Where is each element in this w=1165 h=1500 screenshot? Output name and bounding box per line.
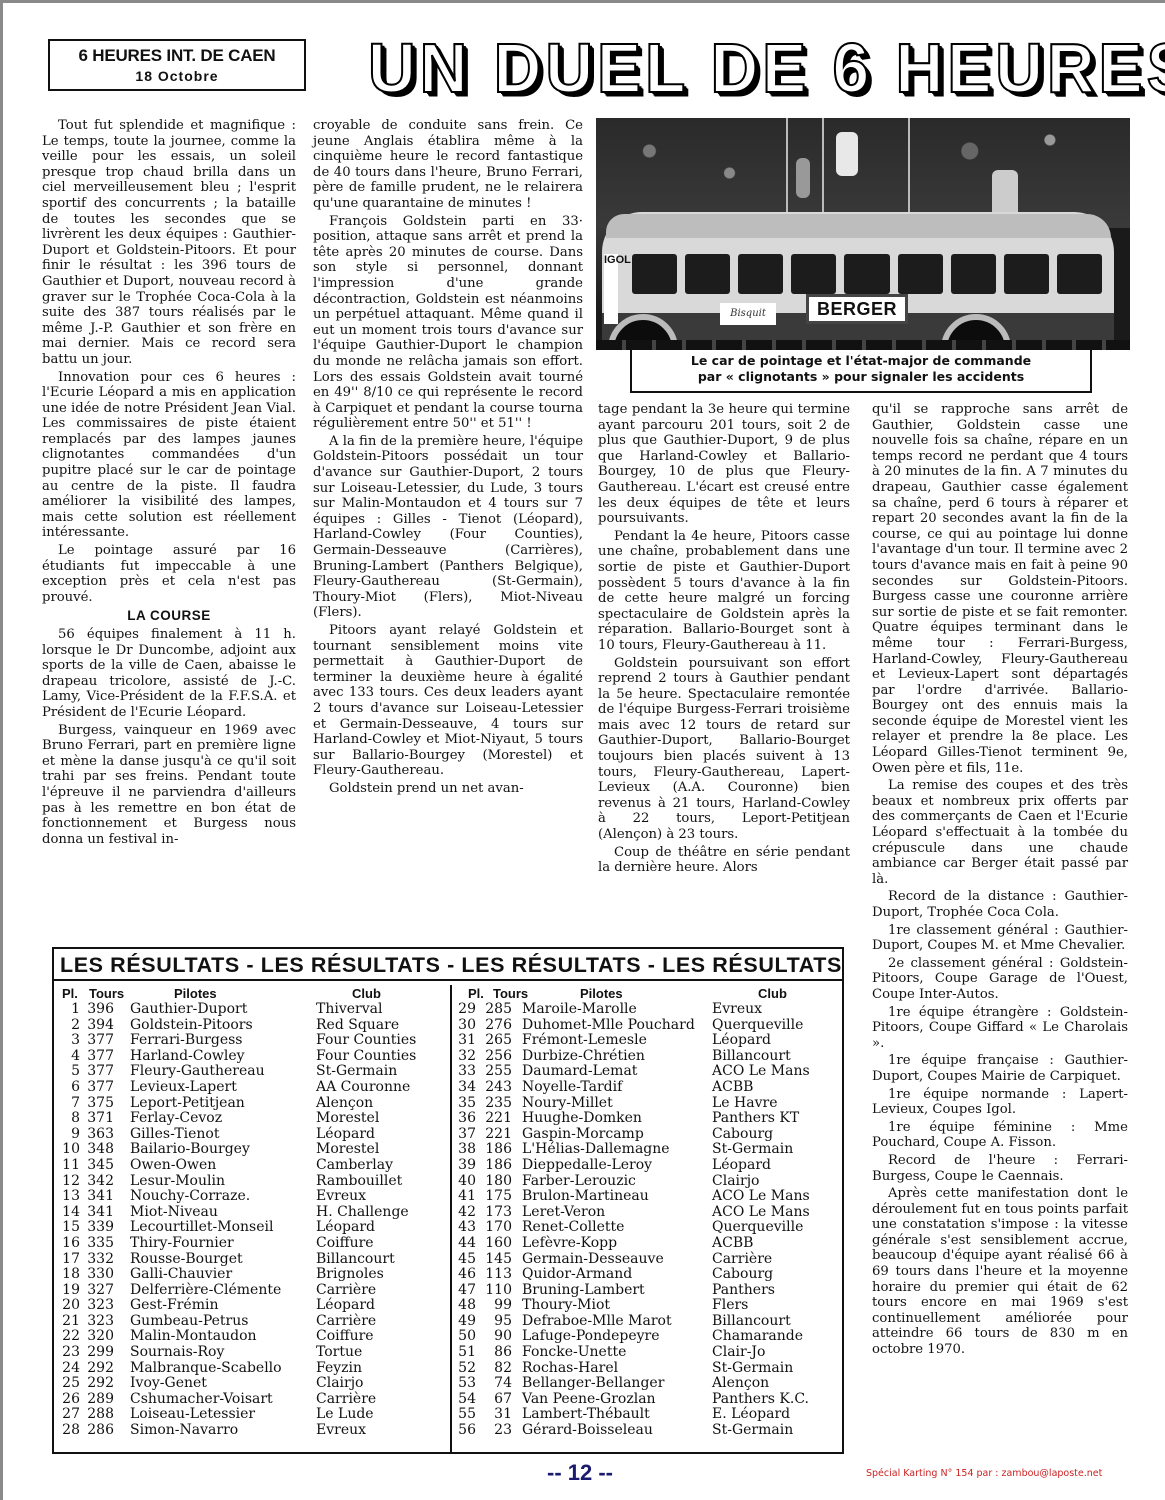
paragraph: Goldstein poursuivant son effort reprend… (598, 656, 850, 843)
pilotes-cell: Foncke-Unette (522, 1345, 626, 1361)
place-cell: 36 (454, 1111, 476, 1127)
pilotes-cell: Van Peene-Grozlan (522, 1392, 656, 1408)
tours-cell: 82 (482, 1361, 512, 1377)
table-row: 17332Rousse-BourgetBillancourt (54, 1252, 448, 1268)
tours-cell: 31 (482, 1407, 512, 1423)
place-cell: 25 (58, 1376, 80, 1392)
header-club: Club (758, 985, 787, 1002)
pilotes-cell: Maroile-Marolle (522, 1002, 637, 1018)
tours-cell: 180 (482, 1174, 512, 1190)
place-cell: 24 (58, 1361, 80, 1377)
tours-cell: 221 (482, 1127, 512, 1143)
club-cell: Red Square (316, 1018, 399, 1034)
pilotes-cell: Bellanger-Bellanger (522, 1376, 664, 1392)
club-cell: H. Challenge (316, 1205, 409, 1221)
place-cell: 5 (58, 1064, 80, 1080)
tours-cell: 255 (482, 1064, 512, 1080)
tours-cell: 95 (482, 1314, 512, 1330)
table-row: 32256Durbize-ChrétienBillancourt (452, 1049, 844, 1065)
club-cell: ACBB (712, 1236, 753, 1252)
paragraph: Après cette manifestation dont le déroul… (872, 1186, 1128, 1358)
pilotes-cell: Huughe-Domken (522, 1111, 642, 1127)
header-pilotes: Pilotes (580, 985, 623, 1002)
place-cell: 56 (454, 1423, 476, 1439)
header-tours: Tours (493, 985, 528, 1002)
tours-cell: 288 (84, 1407, 114, 1423)
results-title: LES RÉSULTATS - LES RÉSULTATS - LES RÉSU… (54, 949, 842, 981)
club-cell: Querqueville (712, 1018, 803, 1034)
place-cell: 47 (454, 1283, 476, 1299)
club-cell: Clairjo (712, 1174, 759, 1190)
pilotes-cell: Fleury-Gauthereau (130, 1064, 265, 1080)
table-row: 40180Farber-LerouzicClairjo (452, 1174, 844, 1190)
article-column-2: croyable de conduite sans frein. Ce jeun… (313, 118, 583, 799)
club-cell: Léopard (316, 1127, 375, 1143)
award: 1re classement général : Gauthier-Duport… (872, 923, 1128, 954)
club-cell: Four Counties (316, 1033, 416, 1049)
tours-cell: 285 (482, 1002, 512, 1018)
pilotes-cell: Cshumacher-Voisart (130, 1392, 273, 1408)
tours-cell: 299 (84, 1345, 114, 1361)
table-row: 24292Malbranque-ScabelloFeyzin (54, 1361, 448, 1377)
club-cell: Thiverval (316, 1002, 382, 1018)
results-rows: 1396Gauthier-DuportThiverval2394Goldstei… (54, 1002, 448, 1439)
tours-cell: 320 (84, 1329, 114, 1345)
pilotes-cell: Harland-Cowley (130, 1049, 245, 1065)
place-cell: 26 (58, 1392, 80, 1408)
place-cell: 37 (454, 1127, 476, 1143)
results-header-row: Pl. Tours Pilotes Club (452, 985, 844, 1002)
berger-sign: BERGER (806, 294, 908, 324)
paragraph: Burgess, vainqueur en 1969 avec Bruno Fe… (42, 723, 296, 848)
place-cell: 6 (58, 1080, 80, 1096)
table-row: 11345Owen-OwenCamberlay (54, 1158, 448, 1174)
header-pl: Pl. (468, 985, 484, 1002)
table-row: 33255Daumard-LematACO Le Mans (452, 1064, 844, 1080)
award: 2e classement général : Goldstein-Pitoor… (872, 956, 1128, 1003)
article-column-3: tage pendant la 3e heure qui termine aya… (598, 402, 850, 878)
pilotes-cell: Lambert-Thébault (522, 1407, 650, 1423)
place-cell: 40 (454, 1174, 476, 1190)
place-cell: 31 (454, 1033, 476, 1049)
pilotes-cell: Gauthier-Duport (130, 1002, 247, 1018)
pilotes-cell: Sournais-Roy (130, 1345, 224, 1361)
table-row: 22320Malin-MontaudonCoiffure (54, 1329, 448, 1345)
tours-cell: 330 (84, 1267, 114, 1283)
place-cell: 10 (58, 1142, 80, 1158)
award: 1re équipe française : Gauthier-Duport, … (872, 1053, 1128, 1084)
tours-cell: 323 (84, 1314, 114, 1330)
pilotes-cell: Frémont-Lemesle (522, 1033, 647, 1049)
tours-cell: 377 (84, 1033, 114, 1049)
tours-cell: 339 (84, 1220, 114, 1236)
place-cell: 35 (454, 1096, 476, 1112)
pilotes-cell: Brulon-Martineau (522, 1189, 649, 1205)
tours-cell: 276 (482, 1018, 512, 1034)
pilotes-cell: Lefèvre-Kopp (522, 1236, 617, 1252)
tours-cell: 67 (482, 1392, 512, 1408)
table-row: 34243Noyelle-TardifACBB (452, 1080, 844, 1096)
place-cell: 46 (454, 1267, 476, 1283)
tours-cell: 90 (482, 1329, 512, 1345)
tours-cell: 377 (84, 1064, 114, 1080)
tours-cell: 289 (84, 1392, 114, 1408)
pilotes-cell: Lecourtillet-Monseil (130, 1220, 273, 1236)
tours-cell: 341 (84, 1189, 114, 1205)
pilotes-cell: Thiry-Fournier (130, 1236, 234, 1252)
club-cell: Billancourt (712, 1314, 791, 1330)
tours-cell: 243 (482, 1080, 512, 1096)
article-column-4: qu'il se rapproche sans arrêt de Gauthie… (872, 402, 1128, 1360)
place-cell: 52 (454, 1361, 476, 1377)
table-row: 29285Maroile-MarolleEvreux (452, 1002, 844, 1018)
place-cell: 19 (58, 1283, 80, 1299)
place-cell: 49 (454, 1314, 476, 1330)
paragraph: Pitoors ayant relayé Goldstein et tourna… (313, 623, 583, 779)
place-cell: 44 (454, 1236, 476, 1252)
table-row: 4377Harland-CowleyFour Counties (54, 1049, 448, 1065)
table-row: 7375Leport-PetitjeanAlençon (54, 1096, 448, 1112)
bus-windows (632, 254, 1102, 294)
place-cell: 34 (454, 1080, 476, 1096)
place-cell: 14 (58, 1205, 80, 1221)
club-cell: Flers (712, 1298, 748, 1314)
place-cell: 13 (58, 1189, 80, 1205)
table-row: 4995Defraboe-Mlle MarotBillancourt (452, 1314, 844, 1330)
tours-cell: 394 (84, 1018, 114, 1034)
place-cell: 48 (454, 1298, 476, 1314)
pilotes-cell: Noury-Millet (522, 1096, 613, 1112)
place-cell: 1 (58, 1002, 80, 1018)
club-cell: St-Germain (712, 1423, 793, 1439)
place-cell: 15 (58, 1220, 80, 1236)
table-row: 5374Bellanger-BellangerAlençon (452, 1376, 844, 1392)
paragraph: Le pointage assuré par 16 étudiants fut … (42, 543, 296, 605)
pilotes-cell: Ferlay-Cevoz (130, 1111, 222, 1127)
table-row: 30276Duhomet-Mlle PouchardQuerqueville (452, 1018, 844, 1034)
pilotes-cell: Lesur-Moulin (130, 1174, 225, 1190)
results-header-row: Pl. Tours Pilotes Club (54, 985, 448, 1002)
tours-cell: 335 (84, 1236, 114, 1252)
club-cell: Evreux (316, 1189, 366, 1205)
tours-cell: 375 (84, 1096, 114, 1112)
club-cell: Cabourg (712, 1127, 773, 1143)
club-cell: Léopard (316, 1298, 375, 1314)
club-cell: Le Havre (712, 1096, 777, 1112)
club-cell: Feyzin (316, 1361, 362, 1377)
club-cell: Carrière (316, 1314, 376, 1330)
place-cell: 33 (454, 1064, 476, 1080)
header-pilotes: Pilotes (174, 985, 217, 1002)
results-right-half: Pl. Tours Pilotes Club 29285Maroile-Maro… (450, 985, 844, 1452)
table-row: 41175Brulon-MartineauACO Le Mans (452, 1189, 844, 1205)
club-cell: Chamarande (712, 1329, 803, 1345)
place-cell: 43 (454, 1220, 476, 1236)
pilotes-cell: Noyelle-Tardif (522, 1080, 622, 1096)
pilotes-cell: Leport-Petitjean (130, 1096, 245, 1112)
club-cell: ACO Le Mans (712, 1064, 810, 1080)
pilotes-cell: Malbranque-Scabello (130, 1361, 282, 1377)
pilotes-cell: Durbize-Chrétien (522, 1049, 645, 1065)
table-row: 3377Ferrari-BurgessFour Counties (54, 1033, 448, 1049)
club-cell: ACBB (712, 1080, 753, 1096)
pilotes-cell: Galli-Chauvier (130, 1267, 232, 1283)
bus-photo: IGOL Bisquit BERGER (596, 118, 1130, 350)
tours-cell: 175 (482, 1189, 512, 1205)
pilotes-cell: Leret-Veron (522, 1205, 605, 1221)
tours-cell: 342 (84, 1174, 114, 1190)
table-row: 46113Quidor-ArmandCabourg (452, 1267, 844, 1283)
place-cell: 30 (454, 1018, 476, 1034)
pilotes-cell: Renet-Collette (522, 1220, 624, 1236)
pilotes-cell: Levieux-Lapert (130, 1080, 237, 1096)
person-figure (796, 158, 810, 198)
table-row: 14341Miot-NiveauH. Challenge (54, 1205, 448, 1221)
place-cell: 18 (58, 1267, 80, 1283)
pilotes-cell: Gest-Frémin (130, 1298, 218, 1314)
place-cell: 53 (454, 1376, 476, 1392)
tours-cell: 363 (84, 1127, 114, 1143)
tours-cell: 345 (84, 1158, 114, 1174)
tours-cell: 170 (482, 1220, 512, 1236)
place-cell: 20 (58, 1298, 80, 1314)
award: 1re équipe normande : Lapert-Levieux, Co… (872, 1087, 1128, 1118)
club-cell: E. Léopard (712, 1407, 790, 1423)
place-cell: 12 (58, 1174, 80, 1190)
table-row: 44160Lefèvre-KoppACBB (452, 1236, 844, 1252)
place-cell: 9 (58, 1127, 80, 1143)
pilotes-cell: Germain-Desseauve (522, 1252, 664, 1268)
table-row: 5467Van Peene-GrozlanPanthers K.C. (452, 1392, 844, 1408)
pilotes-cell: Duhomet-Mlle Pouchard (522, 1018, 695, 1034)
header-club: Club (352, 985, 381, 1002)
article-column-1: Tout fut splendide et magnifique : Le te… (42, 118, 296, 849)
table-row: 16335Thiry-FournierCoiffure (54, 1236, 448, 1252)
club-cell: Querqueville (712, 1220, 803, 1236)
credit-line: Spécial Karting N° 154 par : zambou@lapo… (866, 1468, 1162, 1479)
place-cell: 4 (58, 1049, 80, 1065)
tours-cell: 256 (482, 1049, 512, 1065)
tours-cell: 292 (84, 1361, 114, 1377)
tours-cell: 377 (84, 1049, 114, 1065)
table-row: 37221Gaspin-MorcampCabourg (452, 1127, 844, 1143)
tours-cell: 265 (482, 1033, 512, 1049)
tours-cell: 327 (84, 1283, 114, 1299)
tours-cell: 235 (482, 1096, 512, 1112)
place-cell: 3 (58, 1033, 80, 1049)
club-cell: Billancourt (712, 1049, 791, 1065)
table-row: 45145Germain-DesseauveCarrière (452, 1252, 844, 1268)
tours-cell: 323 (84, 1298, 114, 1314)
results-table: LES RÉSULTATS - LES RÉSULTATS - LES RÉSU… (52, 947, 844, 1454)
place-cell: 45 (454, 1252, 476, 1268)
paragraph: Tout fut splendide et magnifique : Le te… (42, 118, 296, 368)
club-cell: St-Germain (712, 1361, 793, 1377)
club-cell: Clair-Jo (712, 1345, 765, 1361)
club-cell: AA Couronne (316, 1080, 410, 1096)
tours-cell: 99 (482, 1298, 512, 1314)
table-row: 13341Nouchy-Corraze.Evreux (54, 1189, 448, 1205)
table-row: 12342Lesur-MoulinRambouillet (54, 1174, 448, 1190)
paragraph: qu'il se rapproche sans arrêt de Gauthie… (872, 402, 1128, 776)
table-row: 26289Cshumacher-VoisartCarrière (54, 1392, 448, 1408)
table-row: 23299Sournais-RoyTortue (54, 1345, 448, 1361)
paragraph: croyable de conduite sans frein. Ce jeun… (313, 118, 583, 212)
place-cell: 17 (58, 1252, 80, 1268)
place-cell: 32 (454, 1049, 476, 1065)
place-cell: 41 (454, 1189, 476, 1205)
club-cell: Panthers KT (712, 1111, 799, 1127)
bisquit-sign: Bisquit (720, 303, 776, 325)
pilotes-cell: Defraboe-Mlle Marot (522, 1314, 672, 1330)
pilotes-cell: Nouchy-Corraze. (130, 1189, 250, 1205)
paragraph: Innovation pour ces 6 heures : l'Ecurie … (42, 370, 296, 542)
award: 1re équipe féminine : Mme Pouchard, Coup… (872, 1120, 1128, 1151)
pilotes-cell: Goldstein-Pitoors (130, 1018, 253, 1034)
table-row: 35235Noury-MilletLe Havre (452, 1096, 844, 1112)
club-cell: Cabourg (712, 1267, 773, 1283)
club-cell: Le Lude (316, 1407, 374, 1423)
tours-cell: 86 (482, 1345, 512, 1361)
table-row: 9363Gilles-TienotLéopard (54, 1127, 448, 1143)
paragraph: Goldstein prend un net avan- (313, 781, 583, 797)
pilotes-cell: Quidor-Armand (522, 1267, 632, 1283)
table-row: 21323Gumbeau-PetrusCarrière (54, 1314, 448, 1330)
place-cell: 38 (454, 1142, 476, 1158)
table-row: 28286Simon-NavarroEvreux (54, 1423, 448, 1439)
pilotes-cell: Lafuge-Pondepeyre (522, 1329, 660, 1345)
club-cell: Carrière (316, 1392, 376, 1408)
table-row: 10348Bailario-BourgeyMorestel (54, 1142, 448, 1158)
pilotes-cell: Daumard-Lemat (522, 1064, 637, 1080)
pilotes-cell: Ferrari-Burgess (130, 1033, 242, 1049)
person-figure (836, 132, 858, 176)
pilotes-cell: Gaspin-Morcamp (522, 1127, 644, 1143)
place-cell: 7 (58, 1096, 80, 1112)
paragraph: A la fin de la première heure, l'équipe … (313, 434, 583, 621)
paragraph: Coup de théâtre en série pendant la dern… (598, 845, 850, 876)
club-cell: Léopard (316, 1220, 375, 1236)
place-cell: 55 (454, 1407, 476, 1423)
tours-cell: 145 (482, 1252, 512, 1268)
tours-cell: 173 (482, 1205, 512, 1221)
mast (908, 118, 910, 214)
club-cell: Alençon (712, 1376, 769, 1392)
pilotes-cell: Simon-Navarro (130, 1423, 238, 1439)
table-row: 18330Galli-ChauvierBrignoles (54, 1267, 448, 1283)
table-row: 5623Gérard-BoisseleauSt-Germain (452, 1423, 844, 1439)
tours-cell: 396 (84, 1002, 114, 1018)
tours-cell: 332 (84, 1252, 114, 1268)
pilotes-cell: Rousse-Bourget (130, 1252, 243, 1268)
club-cell: Panthers K.C. (712, 1392, 809, 1408)
place-cell: 16 (58, 1236, 80, 1252)
tours-cell: 221 (482, 1111, 512, 1127)
award: Record de la distance : Gauthier-Duport,… (872, 889, 1128, 920)
pilotes-cell: Miot-Niveau (130, 1205, 218, 1221)
tours-cell: 371 (84, 1111, 114, 1127)
pilotes-cell: Rochas-Harel (522, 1361, 618, 1377)
place-cell: 51 (454, 1345, 476, 1361)
club-cell: St-Germain (712, 1142, 793, 1158)
tours-cell: 286 (84, 1423, 114, 1439)
mast (786, 118, 788, 214)
tours-cell: 377 (84, 1080, 114, 1096)
tours-cell: 110 (482, 1283, 512, 1299)
caption-line: Le car de pointage et l'état-major de co… (632, 353, 1090, 369)
pilotes-cell: Ivoy-Genet (130, 1376, 207, 1392)
club-cell: Four Counties (316, 1049, 416, 1065)
tours-cell: 113 (482, 1267, 512, 1283)
page-number: -- 12 -- (520, 1460, 640, 1486)
club-cell: Evreux (316, 1423, 366, 1439)
paragraph: Pendant la 4e heure, Pitoors casse une c… (598, 529, 850, 654)
table-row: 39186Dieppedalle-LeroyLéopard (452, 1158, 844, 1174)
club-cell: Morestel (316, 1142, 379, 1158)
club-cell: Clairjo (316, 1376, 363, 1392)
table-row: 4899Thoury-MiotFlers (452, 1298, 844, 1314)
club-cell: Léopard (712, 1158, 771, 1174)
tours-cell: 23 (482, 1423, 512, 1439)
place-cell: 11 (58, 1158, 80, 1174)
bus-roof (606, 214, 1111, 238)
igol-sign: IGOL (604, 254, 618, 324)
club-cell: Léopard (712, 1033, 771, 1049)
header-pl: Pl. (62, 985, 78, 1002)
table-row: 31265Frémont-LemesleLéopard (452, 1033, 844, 1049)
club-cell: Panthers (712, 1283, 775, 1299)
club-cell: St-Germain (316, 1064, 397, 1080)
award: 1re équipe étrangère : Goldstein-Pitoors… (872, 1005, 1128, 1052)
pilotes-cell: Gérard-Boisseleau (522, 1423, 653, 1439)
results-rows: 29285Maroile-MarolleEvreux30276Duhomet-M… (452, 1002, 844, 1439)
place-cell: 8 (58, 1111, 80, 1127)
table-row: 5282Rochas-HarelSt-Germain (452, 1361, 844, 1377)
place-cell: 28 (58, 1423, 80, 1439)
club-cell: Coiffure (316, 1236, 374, 1252)
pilotes-cell: Gumbeau-Petrus (130, 1314, 248, 1330)
pilotes-cell: Delferrière-Clémente (130, 1283, 281, 1299)
club-cell: Rambouillet (316, 1174, 402, 1190)
pilotes-cell: Malin-Montaudon (130, 1329, 257, 1345)
club-cell: Coiffure (316, 1329, 374, 1345)
paragraph: 56 équipes finalement à 11 h. lorsque le… (42, 627, 296, 721)
table-row: 25292Ivoy-GenetClairjo (54, 1376, 448, 1392)
tours-cell: 160 (482, 1236, 512, 1252)
tours-cell: 341 (84, 1205, 114, 1221)
photo-caption: Le car de pointage et l'état-major de co… (630, 350, 1092, 393)
place-cell: 29 (454, 1002, 476, 1018)
place-cell: 39 (454, 1158, 476, 1174)
tours-cell: 348 (84, 1142, 114, 1158)
table-row: 42173Leret-VeronACO Le Mans (452, 1205, 844, 1221)
page-frame-left (0, 0, 3, 1500)
table-row: 5186Foncke-UnetteClair-Jo (452, 1345, 844, 1361)
paragraph: François Goldstein parti en 33· position… (313, 214, 583, 432)
table-row: 5531Lambert-ThébaultE. Léopard (452, 1407, 844, 1423)
pilotes-cell: Gilles-Tienot (130, 1127, 220, 1143)
table-row: 5377Fleury-GauthereauSt-Germain (54, 1064, 448, 1080)
table-row: 5090Lafuge-PondepeyreChamarande (452, 1329, 844, 1345)
caption-line: par « clignotants » pour signaler les ac… (632, 369, 1090, 385)
pilotes-cell: Loiseau-Letessier (130, 1407, 255, 1423)
pilotes-cell: Farber-Lerouzic (522, 1174, 636, 1190)
event-title: 6 HEURES INT. DE CAEN (50, 45, 304, 67)
table-row: 8371Ferlay-CevozMorestel (54, 1111, 448, 1127)
club-cell: Alençon (316, 1096, 373, 1112)
place-cell: 42 (454, 1205, 476, 1221)
results-left-half: Pl. Tours Pilotes Club 1396Gauthier-Dupo… (54, 985, 448, 1439)
